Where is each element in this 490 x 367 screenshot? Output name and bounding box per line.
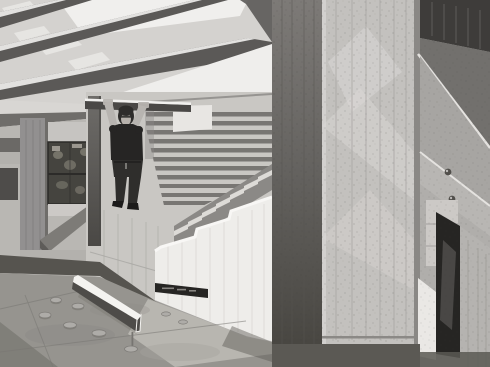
drain-disc (51, 297, 62, 302)
drain-disc (92, 330, 106, 336)
person-backdrop-shade (145, 103, 154, 159)
pillar-joint (322, 336, 414, 339)
drawstring (125, 163, 127, 169)
drain-disc (39, 312, 51, 318)
person-glasses (121, 116, 132, 118)
bench-leg (132, 332, 134, 348)
drain-disc (72, 303, 84, 309)
right-wall (418, 0, 490, 367)
person-right-hand (138, 102, 149, 108)
left-soffit (0, 100, 86, 114)
person-hair (119, 106, 134, 116)
photograph (0, 0, 490, 367)
drain-disc (64, 322, 77, 328)
drain-disc (162, 312, 171, 316)
person-right-foot (127, 203, 139, 210)
person-left-hand (103, 99, 113, 105)
drain-disc (179, 320, 188, 324)
left-balcony-band (0, 138, 20, 152)
right-speckle (420, 0, 490, 360)
bench-base-disc (125, 346, 138, 352)
left-wall-interior (0, 118, 100, 280)
base-shadow-band (272, 344, 420, 367)
left-balcony-ledge (0, 152, 20, 164)
pillar-speckle (272, 0, 414, 345)
base-shadow-band-right (420, 352, 490, 367)
left-opening (0, 168, 18, 200)
concrete-pillar (272, 0, 420, 367)
